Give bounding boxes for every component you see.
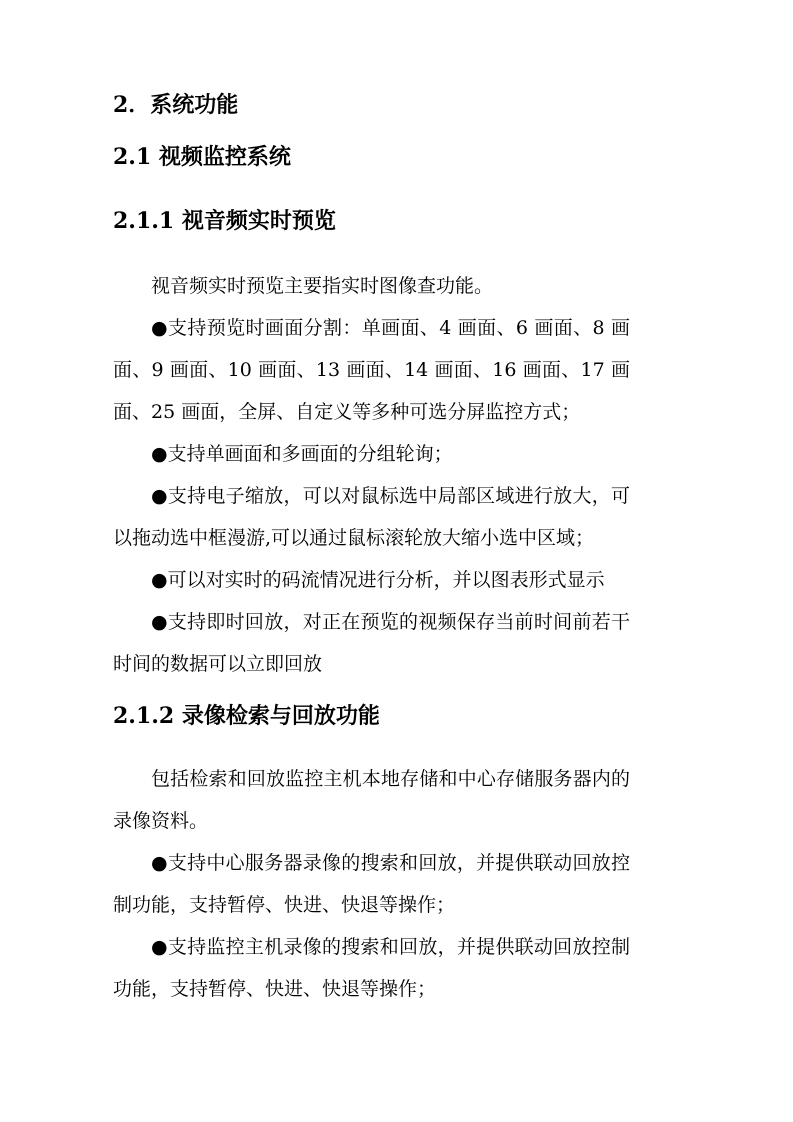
bullet-item: ●支持电子缩放，可以对鼠标选中局部区域进行放大，可以拖动选中框漫游,可以通过鼠标…: [113, 475, 630, 559]
bullet-text: 支持即时回放，对正在预览的视频保存当前时间前若干时间的数据可以立即回放: [113, 611, 630, 675]
bullet-item: ●支持预览时画面分割：单画面、4 画面、6 画面、8 画面、9 画面、10 画面…: [113, 307, 630, 433]
heading-section-2-1-2: 2.1.2 录像检索与回放功能: [113, 703, 630, 729]
bullet-icon: ●: [151, 936, 168, 958]
heading-section-2-1: 2.1 视频监控系统: [113, 144, 630, 170]
bullet-text: 可以对实时的码流情况进行分析，并以图表形式显示: [168, 569, 605, 591]
bullet-icon: ●: [151, 443, 168, 465]
bullet-text: 支持中心服务器录像的搜索和回放，并提供联动回放控制功能，支持暂停、快进、快退等操…: [113, 852, 630, 916]
bullet-icon: ●: [151, 317, 168, 339]
bullet-icon: ●: [151, 569, 168, 591]
bullet-icon: ●: [151, 485, 168, 507]
bullet-item: ●支持单画面和多画面的分组轮询；: [113, 433, 630, 475]
bullet-text: 支持监控主机录像的搜索和回放，并提供联动回放控制功能，支持暂停、快进、快退等操作…: [113, 936, 630, 1000]
document-page: 2．系统功能 2.1 视频监控系统 2.1.1 视音频实时预览 视音频实时预览主…: [0, 0, 793, 1122]
bullet-item: ●可以对实时的码流情况进行分析，并以图表形式显示: [113, 559, 630, 601]
bullet-text: 支持单画面和多画面的分组轮询；: [168, 443, 453, 465]
bullet-item: ●支持监控主机录像的搜索和回放，并提供联动回放控制功能，支持暂停、快进、快退等操…: [113, 926, 630, 1010]
bullet-icon: ●: [151, 611, 168, 633]
paragraph-intro-2-1-2: 包括检索和回放监控主机本地存储和中心存储服务器内的录像资料。: [113, 758, 630, 842]
bullet-text: 支持预览时画面分割：单画面、4 画面、6 画面、8 画面、9 画面、10 画面、…: [113, 317, 630, 423]
bullet-item: ●支持中心服务器录像的搜索和回放，并提供联动回放控制功能，支持暂停、快进、快退等…: [113, 842, 630, 926]
bullet-icon: ●: [151, 852, 168, 874]
bullet-item: ●支持即时回放，对正在预览的视频保存当前时间前若干时间的数据可以立即回放: [113, 601, 630, 685]
paragraph-intro-2-1-1: 视音频实时预览主要指实时图像查功能。: [113, 265, 630, 307]
heading-section-2-1-1: 2.1.1 视音频实时预览: [113, 208, 630, 234]
bullet-text: 支持电子缩放，可以对鼠标选中局部区域进行放大，可以拖动选中框漫游,可以通过鼠标滚…: [113, 485, 630, 549]
heading-section-2: 2．系统功能: [113, 92, 630, 118]
